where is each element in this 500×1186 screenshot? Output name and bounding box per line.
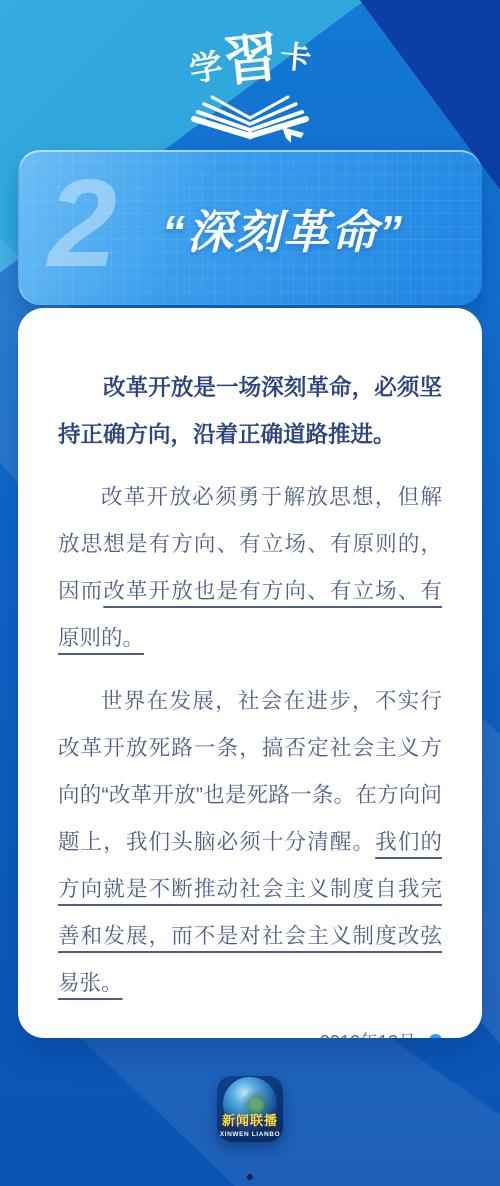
logo-char-xue: 学	[185, 40, 226, 92]
quote-paragraph: 世界在发展，社会在进步，不实行改革开放死路一条，搞否定社会主义方向的“改革开放”…	[58, 678, 442, 1007]
open-book-icon	[184, 86, 316, 149]
quote-paragraphs: 改革开放必须勇于解放思想，但解放思想是有方向、有立场、有原则的，因而改革开放也是…	[58, 474, 442, 1007]
section-number: 2	[48, 156, 117, 292]
attribution-date: ——2012年12月	[58, 1029, 416, 1038]
xuexika-logo: 学 習 卡	[0, 34, 500, 149]
quote-segment: 改革开放也是有方向、有立场、有原则的。	[58, 579, 442, 650]
attribution-accent-bar	[429, 1034, 442, 1038]
quote-paragraph: 改革开放必须勇于解放思想，但解放思想是有方向、有立场、有原则的，因而改革开放也是…	[58, 474, 442, 662]
attribution: ——2012年12月 习近平在十八届中央政治局第二次集体学习时的讲话	[58, 1029, 442, 1038]
quote-card: 改革开放是一场深刻革命，必须坚持正确方向，沿着正确道路推进。 改革开放必须勇于解…	[18, 308, 482, 1038]
section-header-card: 2 “深刻革命”	[18, 150, 482, 305]
logo-char-ka: 卡	[279, 31, 314, 79]
study-card-poster: 学 習 卡 2 “深刻革命”	[0, 0, 500, 1186]
app-name: 新闻联播	[217, 1110, 283, 1129]
xinwen-lianbo-logo: 新闻联播 XINWEN LIANBO	[217, 1076, 283, 1142]
section-title: “深刻革命”	[98, 196, 404, 262]
quote-segment: 我们的方向就是不断推动社会主义制度自我完善和发展，而不是对社会主义制度改弦易张。	[58, 830, 442, 995]
home-indicator-dot	[247, 1174, 253, 1180]
xuexika-logo-text: 学 習 卡	[190, 34, 310, 94]
logo-char-xi: 習	[220, 14, 282, 96]
quote-lead-paragraph: 改革开放是一场深刻革命，必须坚持正确方向，沿着正确道路推进。	[58, 364, 442, 458]
app-name-latin: XINWEN LIANBO	[217, 1131, 283, 1138]
